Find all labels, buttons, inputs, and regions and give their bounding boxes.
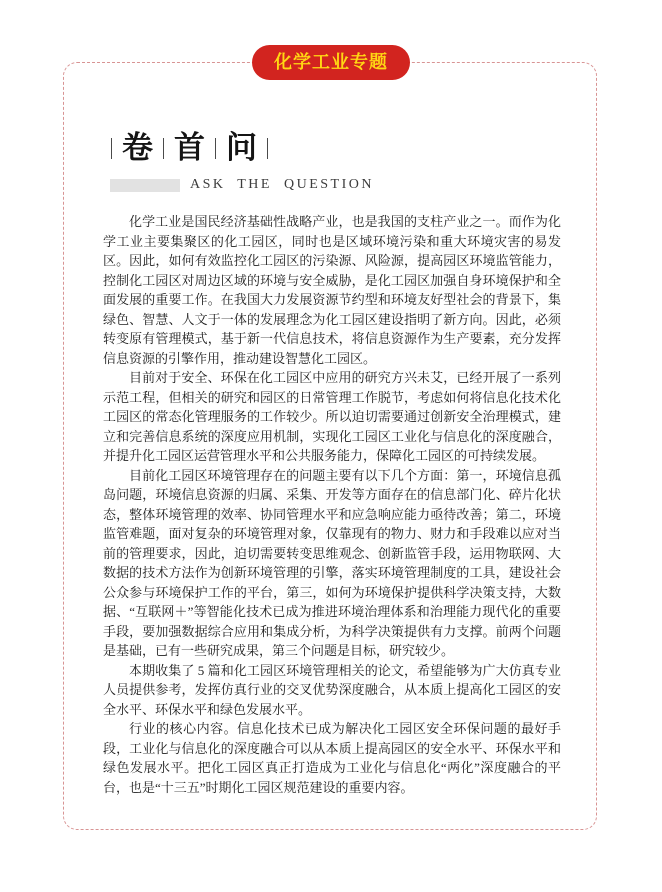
subtitle-text: ASK THE QUESTION [190,177,374,193]
page-subtitle: ASK THE QUESTION [110,177,374,193]
page-title: 卷 首 问 [101,131,278,165]
title-separator [215,138,216,159]
title-separator [267,138,268,159]
title-separator [111,138,112,159]
article-paragraph: 目前对于安全、环保在化工园区中应用的研究方兴未艾，已经开展了一系列示范工程，但相… [103,368,561,466]
magazine-page: 化学工业专题 卷 首 问 ASK THE QUESTION 化学工业是国民经济基… [0,0,662,892]
subtitle-accent-bar [110,179,180,192]
title-char: 首 [174,131,205,165]
title-char: 问 [226,131,257,165]
article-body: 化学工业是国民经济基础性战略产业，也是我国的支柱产业之一。而作为化学工业主要集聚… [103,212,561,797]
article-paragraph: 本期收集了 5 篇和化工园区环境管理相关的论文，希望能够为广大仿真专业人员提供参… [103,661,561,720]
title-char: 卷 [122,131,153,165]
article-paragraph: 行业的核心内容。信息化技术已成为解决化工园区安全环保问题的最好手段，工业化与信息… [103,719,561,797]
article-paragraph: 目前化工园区环境管理存在的问题主要有以下几个方面：第一，环境信息孤岛问题，环境信… [103,466,561,661]
title-separator [163,138,164,159]
article-paragraph: 化学工业是国民经济基础性战略产业，也是我国的支柱产业之一。而作为化学工业主要集聚… [103,212,561,368]
topic-banner: 化学工业专题 [252,45,410,80]
